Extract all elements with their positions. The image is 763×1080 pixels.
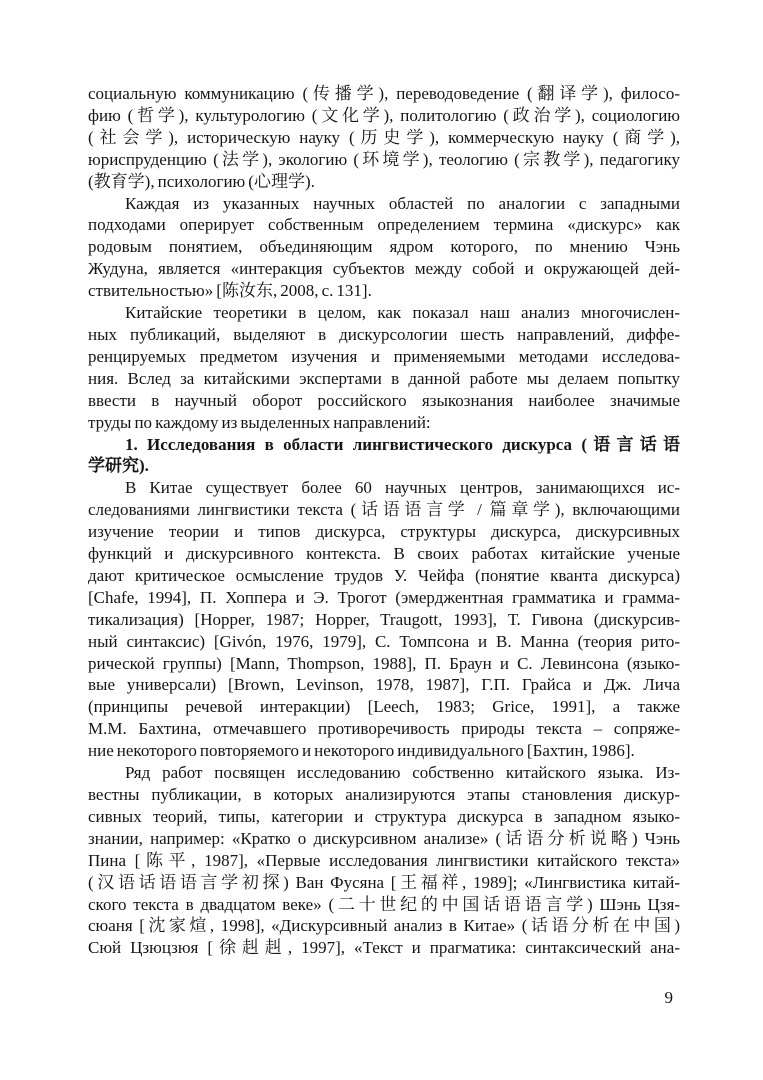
text-line: следованиями лингвистики текста (话语语言学 /…	[88, 499, 680, 521]
text-line: ния. Вслед за китайскими экспертами в да…	[88, 368, 680, 390]
text-line: тикализация) [Hopper, 1987; Hopper, Trau…	[88, 609, 680, 631]
text-line: Пина [陈平, 1987], «Первые исследования ли…	[88, 850, 680, 872]
text-line: ренцируемых предметом изучения и применя…	[88, 346, 680, 368]
text-line: ского текста в двадцатом веке» (二十世纪的中国话…	[88, 894, 680, 916]
paragraph: Китайские теоретики в целом, как показал…	[88, 302, 680, 433]
page-number: 9	[88, 988, 680, 1008]
text-line: М.М. Бахтина, отмечавшего противоречивос…	[88, 718, 680, 740]
section-heading-line: 学研究).	[88, 455, 680, 477]
text-line: функций и дискурсивного контекста. В сво…	[88, 543, 680, 565]
paragraph: В Китае существует более 60 научных цент…	[88, 477, 680, 762]
section-heading: 1. Исследования в области лингвистическо…	[88, 434, 680, 478]
text-line: В Китае существует более 60 научных цент…	[88, 477, 680, 499]
text-line: ный синтаксис) [Givón, 1976, 1979], С. Т…	[88, 631, 680, 653]
text-line: ных публикаций, выделяют в дискурсологии…	[88, 324, 680, 346]
text-line: (教育学), психологию (心理学).	[88, 171, 680, 193]
text-line: Жудуна, является «интеракция субъектов м…	[88, 258, 680, 280]
text-line: вые универсали) [Brown, Levinson, 1978, …	[88, 674, 680, 696]
text-line: Каждая из указанных научных областей по …	[88, 193, 680, 215]
text-line: (принципы речевой интеракции) [Leech, 19…	[88, 696, 680, 718]
text-line: вестны публикации, в которых анализируют…	[88, 784, 680, 806]
text-line: ние некоторого повторяемого и некоторого…	[88, 740, 680, 762]
text-line: [Chafe, 1994], П. Хоппера и Э. Трогот (э…	[88, 587, 680, 609]
paragraph: социальную коммуникацию (传播学), переводов…	[88, 83, 680, 193]
paragraph: Каждая из указанных научных областей по …	[88, 193, 680, 303]
text-line: рической группы) [Mann, Thompson, 1988],…	[88, 653, 680, 675]
text-line: сивных теорий, типы, категории и структу…	[88, 806, 680, 828]
text-line: фию (哲学), культурологию (文化学), политолог…	[88, 105, 680, 127]
document-page: социальную коммуникацию (传播学), переводов…	[0, 0, 763, 1080]
text-line: знании, например: «Кратко о дискурсивном…	[88, 828, 680, 850]
text-line: (汉语话语语言学初探) Ван Фусяна [王福祥, 1989]; «Лин…	[88, 872, 680, 894]
section-heading-line: 1. Исследования в области лингвистическо…	[88, 434, 680, 456]
text-line: подходами оперирует собственным определе…	[88, 214, 680, 236]
page-text: социальную коммуникацию (传播学), переводов…	[88, 83, 680, 959]
text-line: дают критическое осмысление трудов У. Че…	[88, 565, 680, 587]
text-line: ввести в научный оборот российского язык…	[88, 390, 680, 412]
text-line: Сюй Цзюцзюя [徐赳赳, 1997], «Текст и прагма…	[88, 937, 680, 959]
text-line: (社会学), историческую науку (历史学), коммерч…	[88, 127, 680, 149]
text-line: сюаня [沈家煊, 1998], «Дискурсивный анализ …	[88, 915, 680, 937]
text-line: труды по каждому из выделенных направлен…	[88, 412, 680, 434]
paragraph: Ряд работ посвящен исследованию собствен…	[88, 762, 680, 959]
text-line: социальную коммуникацию (传播学), переводов…	[88, 83, 680, 105]
text-line: Китайские теоретики в целом, как показал…	[88, 302, 680, 324]
text-line: юриспруденцию (法学), экологию (环境学), теол…	[88, 149, 680, 171]
text-line: Ряд работ посвящен исследованию собствен…	[88, 762, 680, 784]
text-line: изучение теории и типов дискурса, структ…	[88, 521, 680, 543]
text-line: ствительностью» [陈汝东, 2008, с. 131].	[88, 280, 680, 302]
text-line: родовым понятием, объединяющим ядром кот…	[88, 236, 680, 258]
